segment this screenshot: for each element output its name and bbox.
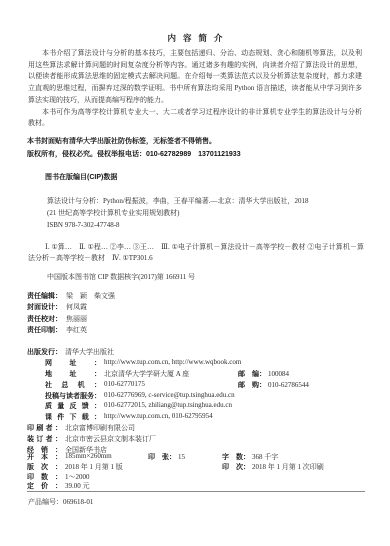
field-label: 印 次： <box>222 464 250 471</box>
cip-entry-series: (21 世纪高等学校计算机专业实用规划教材) <box>47 207 365 219</box>
copyright-page: 内容简介 本书介绍了算法设计与分析的基本技巧，主要包括递归、分治、动态规划、贪心… <box>0 0 390 546</box>
anti-piracy-line: 本书封面贴有清华大学出版社防伪标签，无标签者不得销售。 <box>27 136 241 149</box>
sheets-field: 印 张：15 <box>148 452 185 462</box>
staff-row-cover-design: 封面设计：何凤霞 <box>27 302 115 313</box>
staff-value: 何凤霞 <box>66 303 87 311</box>
field-value: 39.00 元 <box>65 481 90 491</box>
staff-row-print-supervisor: 责任印制：李红英 <box>27 325 115 336</box>
print-run-row: 印数： 1～2000 <box>27 472 372 482</box>
field-value: 2018 年 1 月第 1 次印刷 <box>252 463 324 471</box>
field-label: 网址： <box>45 358 101 368</box>
field-value: 北京清华大学学研大厦 A 座 <box>104 369 189 379</box>
switchboard-row: 社总机： 010-62770175 邮 购：010-62786544 <box>27 380 372 391</box>
field-value: 清华大学出版社 <box>65 347 114 357</box>
format-section: 开本： 185mm×260mm 印 张：15 字 数：368 千字 版次： 20… <box>27 452 372 491</box>
field-value: http://www.tup.com.cn, 010-62795954 <box>104 412 213 420</box>
field-value: 185mm×260mm <box>65 452 112 460</box>
staff-value: 李红英 <box>66 326 87 334</box>
website-row: 网址： http://www.tup.com.cn, http://www.wq… <box>27 358 372 369</box>
postcode-field: 邮 编：100084 <box>238 369 289 379</box>
field-value: 2018 年 1 月第 1 版 <box>65 462 123 472</box>
reader-service-row: 投稿与读者服务： 010-62776969, c-service@tup.tsi… <box>27 391 372 402</box>
mail-order-field: 邮 购：010-62786544 <box>238 380 309 390</box>
staff-label: 封面设计： <box>27 304 62 311</box>
courseware-download-row: 课件下载： http://www.tup.com.cn, 010-6279595… <box>27 412 372 423</box>
staff-row-editor: 责任编辑：梁 颖 柴文强 <box>27 291 115 302</box>
field-value: 1～2000 <box>65 472 90 482</box>
cip-heading: 图书在版编目(CIP)数据 <box>45 172 117 182</box>
staff-value: 焦丽丽 <box>66 315 87 323</box>
field-label: 课件下载： <box>45 412 101 422</box>
copyright-notice-line: 版权所有，侵权必究。侵权举报电话：010-62782989 1370112193… <box>27 149 241 162</box>
field-value: 010-62772015, zhiliang@tup.tsinghua.edu.… <box>104 401 232 409</box>
word-count-field: 字 数：368 千字 <box>222 452 278 462</box>
field-label: 开本： <box>27 452 62 462</box>
field-label: 印 张： <box>148 454 176 461</box>
staff-label: 责任印制： <box>27 327 62 334</box>
quality-feedback-row: 质量反馈： 010-62772015, zhiliang@tup.tsinghu… <box>27 401 372 412</box>
format-row: 开本： 185mm×260mm 印 张：15 字 数：368 千字 <box>27 452 372 462</box>
field-label: 定价： <box>27 481 62 491</box>
field-label: 印刷者： <box>27 423 62 433</box>
intro-section: 本书介绍了算法设计与分析的基本技巧，主要包括递归、分治、动态规划、贪心和随机等算… <box>28 48 362 130</box>
field-label: 印数： <box>27 472 62 482</box>
impression-field: 印 次：2018 年 1 月第 1 次印刷 <box>222 462 324 472</box>
field-value: 368 千字 <box>252 453 278 461</box>
product-number-label: 产品编号： <box>28 498 63 506</box>
field-value: 15 <box>178 453 185 461</box>
cip-entry-title: 算法设计与分析：Python/程振波，李曲，王春平编著.—北京：清华大学出版社，… <box>47 195 365 207</box>
staff-label: 责任编辑： <box>27 293 62 300</box>
staff-value: 梁 颖 柴文强 <box>66 292 115 300</box>
field-label: 投稿与读者服务： <box>45 391 101 401</box>
printer-row: 印刷者： 北京富博印刷有限公司 <box>27 423 372 434</box>
staff-label: 责任校对： <box>27 316 62 323</box>
field-value: http://www.tup.com.cn, http://www.wqbook… <box>104 358 241 366</box>
edition-row: 版次： 2018 年 1 月第 1 版 印 次：2018 年 1 月第 1 次印… <box>27 462 372 472</box>
product-number-value: 069618-01 <box>63 498 93 506</box>
address-row: 地址： 北京清华大学学研大厦 A 座 邮 编：100084 <box>27 369 372 380</box>
cip-classification: Ⅰ. ①算… Ⅱ. ①程… ②李… ③王… Ⅲ. ①电子计算机－算法设计－高等学… <box>28 242 364 264</box>
price-row: 定价： 39.00 元 <box>27 481 372 491</box>
field-value: 北京市密云县京文制本装订厂 <box>65 434 156 444</box>
field-value: 010-62786544 <box>268 381 309 389</box>
field-label: 邮 购： <box>238 382 266 389</box>
cip-record-number: 中国版本图书馆 CIP 数据核字(2017)第 166911 号 <box>47 272 195 282</box>
staff-row-proofreader: 责任校对：焦丽丽 <box>27 314 115 325</box>
field-label: 质量反馈： <box>45 401 101 411</box>
intro-paragraph-2: 本书可作为高等学校计算机专业大一、大二或者学习过程序设计的非计算机专业学生的算法… <box>28 107 362 130</box>
footer-divider <box>27 491 365 492</box>
field-label: 版次： <box>27 462 62 472</box>
field-label: 社总机： <box>45 380 101 390</box>
field-value: 北京富博印刷有限公司 <box>65 423 135 433</box>
staff-credits: 责任编辑：梁 颖 柴文强 封面设计：何凤霞 责任校对：焦丽丽 责任印制：李红英 <box>27 291 115 337</box>
field-label: 字 数： <box>222 454 250 461</box>
field-label: 装订者： <box>27 434 62 444</box>
anti-piracy-notice: 本书封面贴有清华大学出版社防伪标签，无标签者不得销售。 版权所有，侵权必究。侵权… <box>27 136 241 161</box>
field-value: 010-62776969, c-service@tup.tsinghua.edu… <box>104 391 235 399</box>
field-label: 邮 编： <box>238 371 266 378</box>
intro-paragraph-1: 本书介绍了算法设计与分析的基本技巧，主要包括递归、分治、动态规划、贪心和随机等算… <box>28 48 362 107</box>
field-label: 出版发行： <box>27 347 62 357</box>
field-label: 地址： <box>45 369 101 379</box>
binder-row: 装订者： 北京市密云县京文制本装订厂 <box>27 434 372 445</box>
publisher-row: 出版发行： 清华大学出版社 <box>27 347 372 358</box>
product-number: 产品编号：069618-01 <box>28 497 93 507</box>
cip-entry-isbn: ISBN 978-7-302-47748-8 <box>47 219 365 231</box>
publishing-section: 出版发行： 清华大学出版社 网址： http://www.tup.com.cn,… <box>27 347 372 456</box>
page-title: 内容简介 <box>0 32 390 44</box>
field-value: 100084 <box>268 370 289 378</box>
cip-entry: 算法设计与分析：Python/程振波，李曲，王春平编著.—北京：清华大学出版社，… <box>47 195 365 232</box>
field-value: 010-62770175 <box>104 380 145 388</box>
